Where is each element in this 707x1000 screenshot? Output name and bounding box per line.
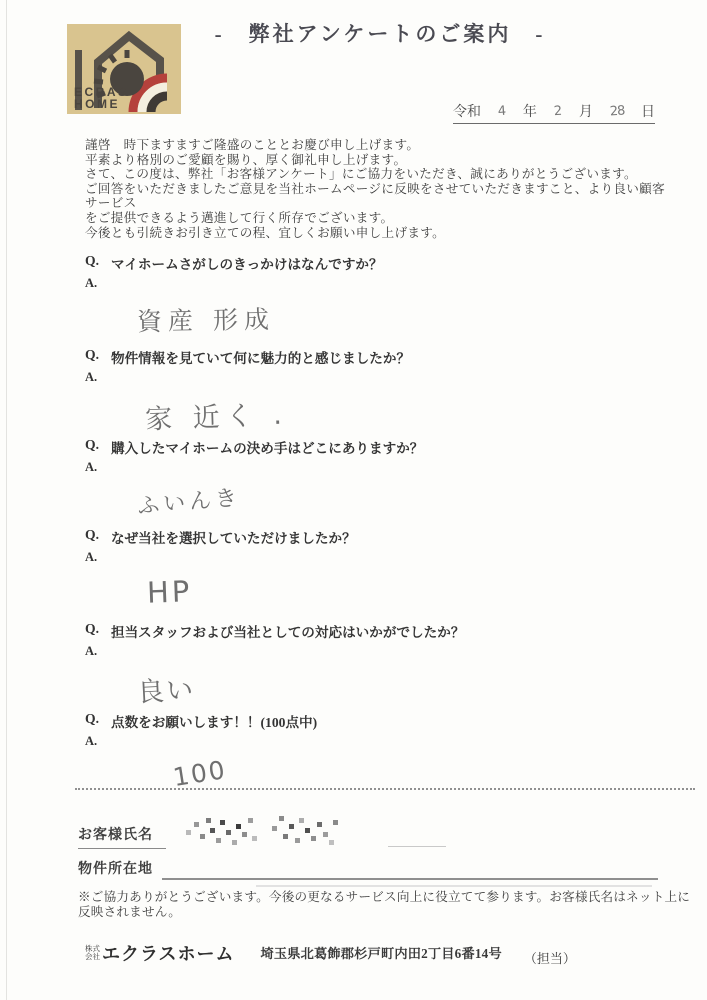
- q-label: Q.: [85, 527, 111, 547]
- handwritten-answer: 100: [171, 755, 229, 792]
- q-label: Q.: [85, 437, 111, 457]
- a-label: A.: [85, 550, 665, 565]
- handwritten-answer: 資産 形成: [137, 300, 276, 338]
- a-label: A.: [85, 370, 665, 385]
- footer-note: ※ご協力ありがとうございます。今後の更なるサービス向上に役立てて参ります。お客様…: [78, 890, 692, 920]
- faint-underline: [388, 846, 446, 847]
- a-label: A.: [85, 276, 665, 291]
- logo-text-line2: HOME: [74, 97, 120, 111]
- greeting-line: 平素より格別のご愛顧を賜り、厚く御礼申し上げます。: [85, 153, 675, 168]
- page-title: - 弊社アンケートのご案内 -: [100, 18, 660, 48]
- date-line: 令和 4 年 2 月 28 日: [453, 98, 655, 124]
- staff-label: （担当）: [524, 948, 576, 967]
- handwritten-year: 4: [497, 104, 506, 120]
- property-location-field: 物件所在地: [78, 858, 678, 888]
- q-label: Q.: [85, 253, 111, 273]
- year-label: 年: [523, 101, 537, 121]
- question-line: Q. 購入したマイホームの決め手はどこにありますか？: [85, 437, 665, 457]
- scan-edge-artifact: [6, 0, 7, 1000]
- greeting-paragraph: 謹啓 時下ますますご隆盛のこととお慶び申し上げます。 平素より格別のご愛顧を賜り…: [85, 138, 675, 240]
- company-prefix-line2: 会社: [85, 953, 100, 961]
- question-block-1: Q. マイホームさがしのきっかけはなんですか？ A. 資産 形成: [85, 253, 665, 337]
- customer-name-field: お客様氏名: [78, 824, 678, 854]
- company-name: エクラスホーム: [102, 940, 234, 966]
- question-block-6: Q. 点数をお願いします！！(100点中) A. 100: [85, 711, 665, 788]
- handwritten-answer: HP: [146, 574, 192, 610]
- question-block-5: Q. 担当スタッフおよび当社としての対応はいかがでしたか？ A. 良い: [85, 621, 665, 708]
- handwritten-day: 28: [609, 104, 625, 120]
- customer-name-label: お客様氏名: [78, 824, 166, 849]
- greeting-line: 今後とも引続きお引き立ての程、宜しくお願い申し上げます。: [85, 226, 675, 241]
- survey-document-page: ECRAS HOME - 弊社アンケートのご案内 - 令和 4 年 2 月 28…: [0, 0, 707, 1000]
- day-label: 日: [641, 101, 655, 121]
- company-footer: 株式 会社 エクラスホーム 埼玉県北葛飾郡杉戸町内田2丁目6番14号 （担当）: [85, 938, 665, 967]
- q-label: Q.: [85, 621, 111, 641]
- question-block-3: Q. 購入したマイホームの決め手はどこにありますか？ A. ふいんき: [85, 437, 665, 516]
- handwritten-month: 2: [553, 104, 562, 120]
- handwritten-answer: ふいんき: [136, 481, 242, 521]
- question-block-2: Q. 物件情報を見ていて何に魅力的と感じましたか？ A. 家 近く .: [85, 347, 665, 434]
- company-prefix: 株式 会社: [85, 945, 100, 961]
- greeting-line: 謹啓 時下ますますご隆盛のこととお慶び申し上げます。: [85, 138, 675, 153]
- q-label: Q.: [85, 347, 111, 367]
- question-block-4: Q. なぜ当社を選択していただけましたか？ A. HP: [85, 527, 665, 609]
- question-text: 担当スタッフおよび当社としての対応はいかがでしたか？: [111, 621, 464, 641]
- property-location-label: 物件所在地: [78, 858, 166, 878]
- greeting-line: さて、この度は、弊社「お客様アンケート」にご協力をいただき、誠にありがとうござい…: [85, 167, 675, 182]
- question-text: 物件情報を見ていて何に魅力的と感じましたか？: [111, 347, 410, 367]
- a-label: A.: [85, 460, 665, 475]
- question-line: Q. 担当スタッフおよび当社としての対応はいかがでしたか？: [85, 621, 665, 641]
- question-line: Q. なぜ当社を選択していただけましたか？: [85, 527, 665, 547]
- greeting-line: をご提供できるよう邁進して行く所存でございます。: [85, 211, 675, 226]
- handwritten-answer: 家 近く .: [144, 393, 288, 437]
- a-label: A.: [85, 644, 665, 659]
- question-text: マイホームさがしのきっかけはなんですか？: [111, 253, 383, 273]
- handwritten-answer: 良い: [136, 668, 196, 710]
- location-underline: [162, 878, 658, 880]
- company-address: 埼玉県北葛飾郡杉戸町内田2丁目6番14号: [260, 943, 501, 962]
- location-faint-line: [256, 885, 652, 887]
- greeting-line: ご回答をいただきましたご意見を当社ホームページに反映をさせていただきますこと、よ…: [85, 182, 675, 211]
- question-line: Q. 物件情報を見ていて何に魅力的と感じましたか？: [85, 347, 665, 367]
- dotted-separator: [75, 788, 695, 790]
- redacted-customer-name: [186, 816, 191, 821]
- era-label: 令和: [453, 101, 481, 121]
- month-label: 月: [579, 101, 593, 121]
- q-label: Q.: [85, 711, 111, 731]
- question-text: なぜ当社を選択していただけましたか？: [111, 527, 356, 547]
- a-label: A.: [85, 734, 665, 749]
- question-text: 購入したマイホームの決め手はどこにありますか？: [111, 437, 423, 457]
- question-line: Q. マイホームさがしのきっかけはなんですか？: [85, 253, 665, 273]
- question-line: Q. 点数をお願いします！！(100点中): [85, 711, 665, 731]
- question-text: 点数をお願いします！！(100点中): [111, 711, 317, 731]
